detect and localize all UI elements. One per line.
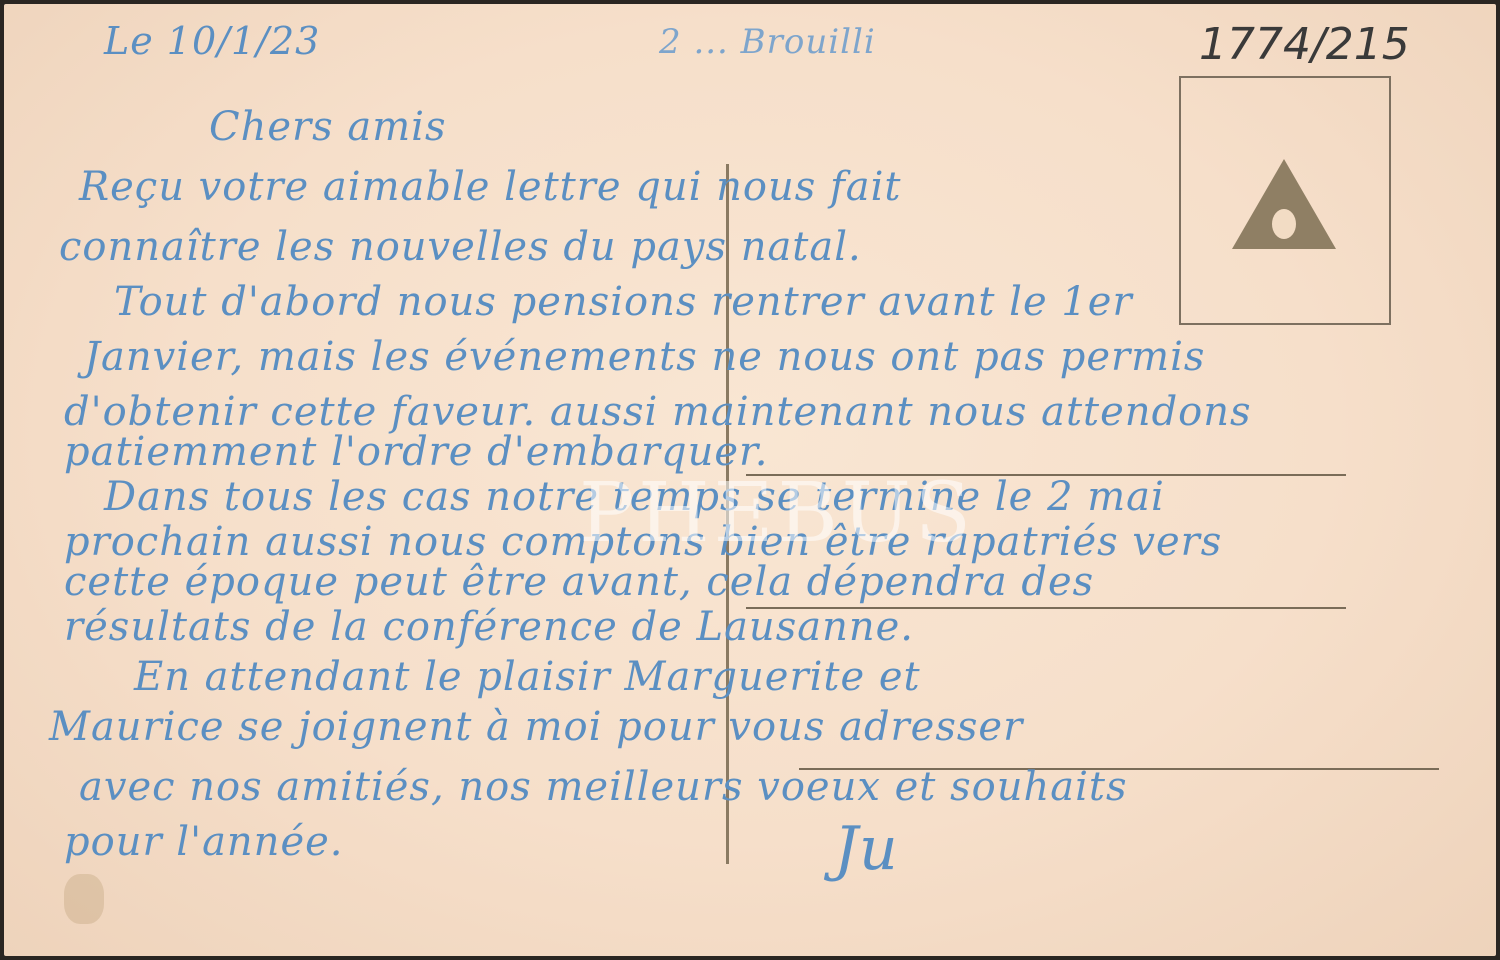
signature: Ju <box>834 814 899 884</box>
message-line: Janvier, mais les événements ne nous ont… <box>84 334 1205 380</box>
postcard-back: 1774/215 Le 10/1/23 2 ... Brouilli Chers… <box>4 4 1496 956</box>
message-line: Reçu votre aimable lettre qui nous fait <box>79 164 902 210</box>
watermark: PHEBUS <box>579 466 975 561</box>
message-line: pour l'année. <box>64 819 344 865</box>
stain <box>64 874 104 924</box>
date: Le 10/1/23 <box>104 19 320 63</box>
archive-reference: 1774/215 <box>1199 19 1410 70</box>
message-line: Chers amis <box>209 104 447 150</box>
message-line: Maurice se joignent à moi pour vous adre… <box>49 704 1023 750</box>
emblem-center <box>1272 209 1296 239</box>
message-line: cette époque peut être avant, cela dépen… <box>64 559 1094 605</box>
location-note: 2 ... Brouilli <box>659 22 876 62</box>
message-line: En attendant le plaisir Marguerite et <box>134 654 921 700</box>
message-line: avec nos amitiés, nos meilleurs voeux et… <box>79 764 1127 810</box>
message-line: résultats de la conférence de Lausanne. <box>64 604 914 650</box>
message-line: Tout d'abord nous pensions rentrer avant… <box>114 279 1133 325</box>
message-line: connaître les nouvelles du pays natal. <box>59 224 862 270</box>
